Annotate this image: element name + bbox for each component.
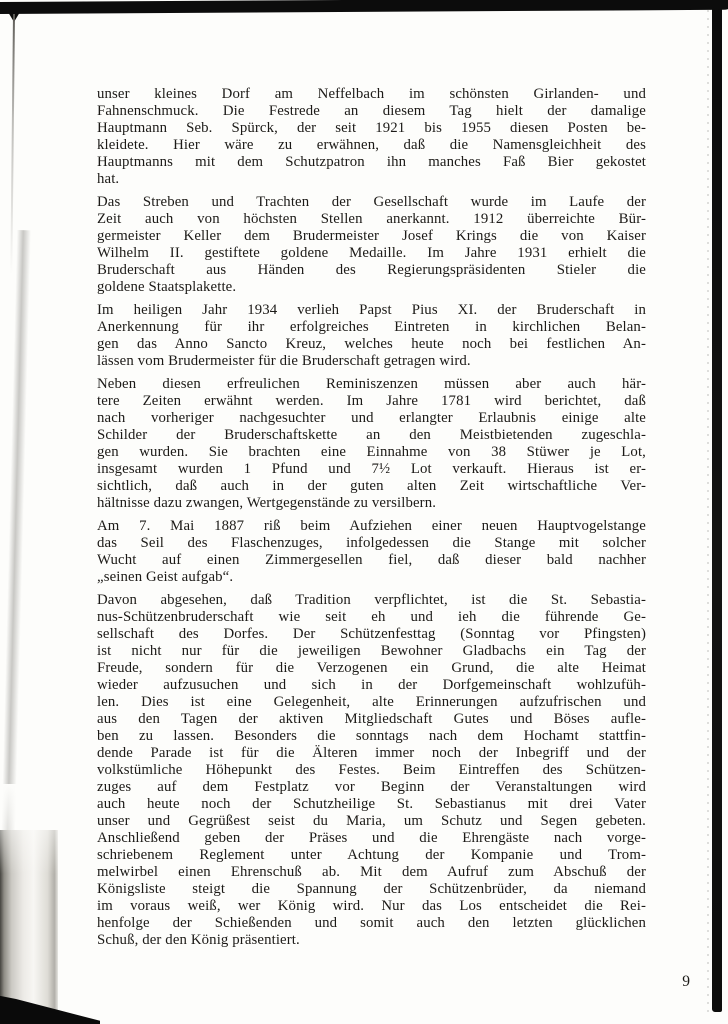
text-line: tere Zeiten erwähnt werden. Im Jahre 178… bbox=[97, 393, 646, 410]
text-line: Hauptmann Seb. Spürck, der seit 1921 bis… bbox=[97, 120, 646, 137]
text-line: len. Dies ist eine Gelegenheit, alte Eri… bbox=[97, 694, 646, 711]
paragraph-festrede: unser kleines Dorf am Neffelbach im schö… bbox=[97, 86, 646, 188]
page-curl-fade bbox=[0, 784, 58, 874]
text-line: Davon abgesehen, daß Tradition verpflich… bbox=[97, 592, 646, 609]
paragraph-anno-sancto-kreuz: Im heiligen Jahr 1934 verlieh Papst Pius… bbox=[97, 302, 646, 370]
spine-crease-middle bbox=[0, 230, 31, 870]
text-line: Schuß, der den König präsentiert. bbox=[97, 932, 646, 949]
text-line: hat. bbox=[97, 171, 646, 188]
text-line: Bruderschaft aus Händen des Regierungspr… bbox=[97, 262, 646, 279]
paragraph-schuetzenfesttag: Davon abgesehen, daß Tradition verpflich… bbox=[97, 592, 646, 949]
text-line: Das Streben und Trachten der Gesellschaf… bbox=[97, 194, 646, 211]
text-line: Im heiligen Jahr 1934 verlieh Papst Pius… bbox=[97, 302, 646, 319]
text-line: Freude, sondern für die Verzogenen ein G… bbox=[97, 660, 646, 677]
text-line: auch heute noch der Schutzheilige St. Se… bbox=[97, 796, 646, 813]
text-line: Anschließend geben der Präses und die Eh… bbox=[97, 830, 646, 847]
paragraph-auszeichnungen: Das Streben und Trachten der Gesellschaf… bbox=[97, 194, 646, 296]
text-line: aus den Tagen der aktiven Mitgliedschaft… bbox=[97, 711, 646, 728]
text-line: Neben diesen erfreulichen Reminiszenzen … bbox=[97, 376, 646, 393]
paragraph-unfall-1887: Am 7. Mai 1887 riß beim Aufziehen einer … bbox=[97, 518, 646, 586]
text-line: wieder aufzusuchen und sich in der Dorfg… bbox=[97, 677, 646, 694]
text-line: Am 7. Mai 1887 riß beim Aufziehen einer … bbox=[97, 518, 646, 535]
paragraph-haertere-zeiten: Neben diesen erfreulichen Reminiszenzen … bbox=[97, 376, 646, 512]
text-line: schriebenem Reglement unter Achtung der … bbox=[97, 847, 646, 864]
text-line: unser kleines Dorf am Neffelbach im schö… bbox=[97, 86, 646, 103]
text-line: zuges auf dem Festplatz vor Beginn der V… bbox=[97, 779, 646, 796]
text-line: Zeit auch von höchsten Stellen anerkannt… bbox=[97, 211, 646, 228]
text-line: ist nicht nur für die jeweiligen Bewohne… bbox=[97, 643, 646, 660]
text-line: goldene Staatsplakette. bbox=[97, 279, 646, 296]
text-line: sellschaft des Dorfes. Der Schützenfestt… bbox=[97, 626, 646, 643]
text-line: ben zu lassen. Besonders die sonntags na… bbox=[97, 728, 646, 745]
text-line: hältnisse dazu zwangen, Wertgegenstände … bbox=[97, 495, 646, 512]
text-line: kleidete. Hier wäre zu erwähnen, daß die… bbox=[97, 137, 646, 154]
text-line: henfolge der Schießenden und somit auch … bbox=[97, 915, 646, 932]
scan-edge-right bbox=[712, 3, 722, 1012]
text-line: sichtlich, daß auch in der guten alten Z… bbox=[97, 478, 646, 495]
text-line: im voraus weiß, wer König wird. Nur das … bbox=[97, 898, 646, 915]
text-line: germeister Keller dem Brudermeister Jose… bbox=[97, 228, 646, 245]
text-line: unser und Gegrüßest seist du Maria, um S… bbox=[97, 813, 646, 830]
text-line: Wilhelm II. gestiftete goldene Medaille.… bbox=[97, 245, 646, 262]
text-line: nach vorheriger nachgesuchter und erlang… bbox=[97, 410, 646, 427]
scan-edge-top bbox=[0, 0, 728, 14]
text-line: gen wurden. Sie brachten eine Einnahme v… bbox=[97, 444, 646, 461]
scanned-book-page: { "document": { "language": "de", "page_… bbox=[0, 0, 728, 1024]
text-line: Anerkennung für ihr erfolgreiches Eintre… bbox=[97, 319, 646, 336]
text-line: gen das Anno Sancto Kreuz, welches heute… bbox=[97, 336, 646, 353]
page-number: 9 bbox=[682, 973, 690, 991]
text-line: „seinen Geist aufgab“. bbox=[97, 569, 646, 586]
text-line: lässen vom Brudermeister für die Bruders… bbox=[97, 353, 646, 370]
text-line: nus-Schützenbruderschaft wie seit eh und… bbox=[97, 609, 646, 626]
text-line: Hauptmanns mit dem Schutzpatron ihn manc… bbox=[97, 154, 646, 171]
scan-noise-strip bbox=[707, 10, 709, 1014]
text-line: das Seil des Flaschenzuges, infolgedesse… bbox=[97, 535, 646, 552]
text-line: Fahnenschmuck. Die Festrede an diesem Ta… bbox=[97, 103, 646, 120]
page-text-block: unser kleines Dorf am Neffelbach im schö… bbox=[97, 86, 646, 955]
text-line: Wucht auf einen Zimmergesellen fiel, daß… bbox=[97, 552, 646, 569]
text-line: melwirbel einen Ehrenschuß ab. Mit dem A… bbox=[97, 864, 646, 881]
text-line: Königsliste steigt die Spannung der Schü… bbox=[97, 881, 646, 898]
text-line: Schilder der Bruderschaftskette an den M… bbox=[97, 427, 646, 444]
text-line: dende Parade ist für die Älteren immer n… bbox=[97, 745, 646, 762]
text-line: volkstümliche Höhepunkt des Festes. Beim… bbox=[97, 762, 646, 779]
spine-crease-top bbox=[10, 14, 15, 274]
text-line: insgesamt wurden 1 Pfund und 7½ Lot verk… bbox=[97, 461, 646, 478]
